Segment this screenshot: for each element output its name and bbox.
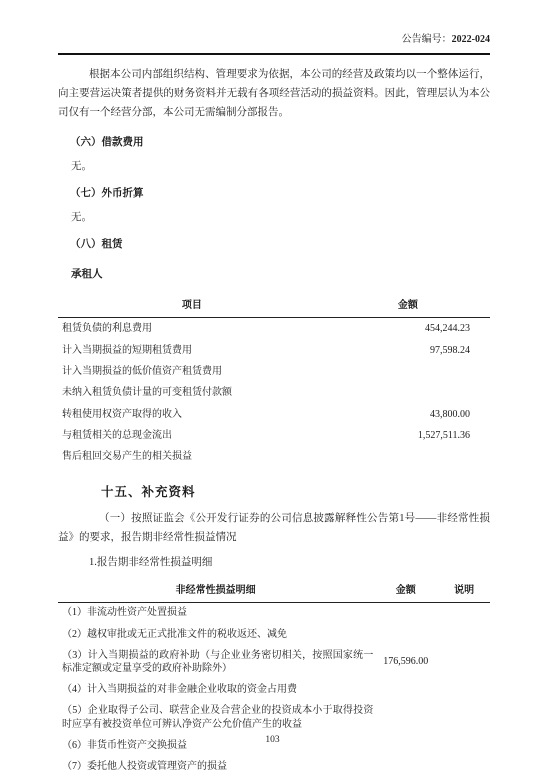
table-row: 转租使用权资产取得的收入 43,800.00 bbox=[58, 404, 490, 425]
table-row: （5）企业取得子公司、联营企业及合营企业的投资成本小于取得投资时应享有被投资单位… bbox=[58, 701, 490, 736]
lease-table: 项目 金额 租赁负债的利息费用 454,244.23 计入当期损益的短期租赁费用… bbox=[58, 294, 490, 468]
lease-item-cell: 计入当期损益的短期租赁费用 bbox=[58, 339, 326, 360]
table-row: 计入当期损益的低价值资产租赁费用 bbox=[58, 361, 490, 382]
nonrecurring-amount-cell bbox=[373, 602, 438, 624]
lease-amount-cell: 43,800.00 bbox=[326, 404, 490, 425]
document-page: 公告编号：2022-024 根据本公司内部组织结构、管理要求为依据，本公司的经营… bbox=[0, 0, 545, 771]
nonrecurring-item-cell: （1）非流动性资产处置损益 bbox=[58, 602, 373, 624]
nonrecurring-table-header-row: 非经常性损益明细 金额 说明 bbox=[58, 578, 490, 603]
lease-col-amount-header: 金额 bbox=[326, 294, 490, 318]
nonrecurring-note-cell bbox=[438, 679, 490, 700]
nonrecurring-note-cell bbox=[438, 701, 490, 736]
table-row: 计入当期损益的短期租赁费用 97,598.24 bbox=[58, 339, 490, 360]
heading-foreign-currency: （七）外币折算 bbox=[70, 187, 490, 200]
heading-leases: （八）租赁 bbox=[70, 238, 490, 251]
table-row: 租赁负债的利息费用 454,244.23 bbox=[58, 318, 490, 340]
nonrecurring-item-cell: （7）委托他人投资或管理资产的损益 bbox=[58, 756, 373, 771]
lease-col-item-header: 项目 bbox=[58, 294, 326, 318]
table-row: （2）越权审批或无正式批准文件的税收返还、减免 bbox=[58, 624, 490, 645]
lease-amount-cell bbox=[326, 382, 490, 403]
lessee-label: 承租人 bbox=[71, 268, 490, 281]
announcement-number-row: 公告编号：2022-024 bbox=[58, 34, 490, 46]
lease-amount-cell: 454,244.23 bbox=[326, 318, 490, 340]
lease-item-cell: 与租赁相关的总现金流出 bbox=[58, 425, 326, 446]
lease-table-header-row: 项目 金额 bbox=[58, 294, 490, 318]
table-row: （4）计入当期损益的对非金融企业收取的资金占用费 bbox=[58, 679, 490, 700]
supplementary-intro-paragraph: （一）按照证监会《公开发行证券的公司信息披露解释性公告第1号——非经常性损益》的… bbox=[58, 509, 490, 547]
table-row: 与租赁相关的总现金流出 1,527,511.36 bbox=[58, 425, 490, 446]
nonrecurring-item-cell: （4）计入当期损益的对非金融企业收取的资金占用费 bbox=[58, 679, 373, 700]
foreign-currency-body: 无。 bbox=[71, 211, 490, 224]
lease-item-cell: 租赁负债的利息费用 bbox=[58, 318, 326, 340]
nonrecurring-col-item-header: 非经常性损益明细 bbox=[58, 578, 373, 603]
nonrecurring-amount-cell bbox=[373, 624, 438, 645]
nonrecurring-col-note-header: 说明 bbox=[438, 578, 490, 603]
nonrecurring-amount-cell bbox=[373, 679, 438, 700]
intro-paragraph: 根据本公司内部组织结构、管理要求为依据，本公司的经营及政策均以一个整体运行，向主… bbox=[58, 65, 490, 122]
lease-item-cell: 计入当期损益的低价值资产租赁费用 bbox=[58, 361, 326, 382]
nonrecurring-col-amount-header: 金额 bbox=[373, 578, 438, 603]
lease-amount-cell: 1,527,511.36 bbox=[326, 425, 490, 446]
nonrecurring-note-cell bbox=[438, 602, 490, 624]
table-row: （1）非流动性资产处置损益 bbox=[58, 602, 490, 624]
lease-item-cell: 售后租回交易产生的相关损益 bbox=[58, 446, 326, 467]
nonrecurring-item-cell: （3）计入当期损益的政府补助（与企业业务密切相关，按照国家统一标准定额或定量享受… bbox=[58, 645, 373, 680]
lease-amount-cell bbox=[326, 446, 490, 467]
announcement-label: 公告编号： bbox=[402, 34, 452, 45]
nonrecurring-table-body: （1）非流动性资产处置损益 （2）越权审批或无正式批准文件的税收返还、减免 （3… bbox=[58, 602, 490, 771]
announcement-number: 2022-024 bbox=[452, 34, 490, 45]
nonrecurring-amount-cell bbox=[373, 701, 438, 736]
nonrecurring-item-cell: （2）越权审批或无正式批准文件的税收返还、减免 bbox=[58, 624, 373, 645]
table-row: （3）计入当期损益的政府补助（与企业业务密切相关，按照国家统一标准定额或定量享受… bbox=[58, 645, 490, 680]
table-row: 未纳入租赁负债计量的可变租赁付款额 bbox=[58, 382, 490, 403]
lease-item-cell: 转租使用权资产取得的收入 bbox=[58, 404, 326, 425]
table-row: （7）委托他人投资或管理资产的损益 bbox=[58, 756, 490, 771]
nonrecurring-note-cell bbox=[438, 624, 490, 645]
page-number: 103 bbox=[0, 735, 545, 745]
table-row: 售后租回交易产生的相关损益 bbox=[58, 446, 490, 467]
nonrecurring-note-cell bbox=[438, 645, 490, 680]
nonrecurring-amount-cell: 176,596.00 bbox=[373, 645, 438, 680]
lease-amount-cell bbox=[326, 361, 490, 382]
supplementary-subtitle: 1.报告期非经常性损益明细 bbox=[89, 556, 490, 570]
lease-table-body: 租赁负债的利息费用 454,244.23 计入当期损益的短期租赁费用 97,59… bbox=[58, 318, 490, 468]
lease-amount-cell: 97,598.24 bbox=[326, 339, 490, 360]
lease-item-cell: 未纳入租赁负债计量的可变租赁付款额 bbox=[58, 382, 326, 403]
borrowing-costs-body: 无。 bbox=[71, 160, 490, 173]
nonrecurring-amount-cell bbox=[373, 756, 438, 771]
heading-borrowing-costs: （六）借款费用 bbox=[70, 136, 490, 149]
header-rule bbox=[58, 53, 490, 55]
section-heading-supplementary: 十五、补充资料 bbox=[101, 485, 490, 500]
nonrecurring-note-cell bbox=[438, 756, 490, 771]
nonrecurring-item-cell: （5）企业取得子公司、联营企业及合营企业的投资成本小于取得投资时应享有被投资单位… bbox=[58, 701, 373, 736]
